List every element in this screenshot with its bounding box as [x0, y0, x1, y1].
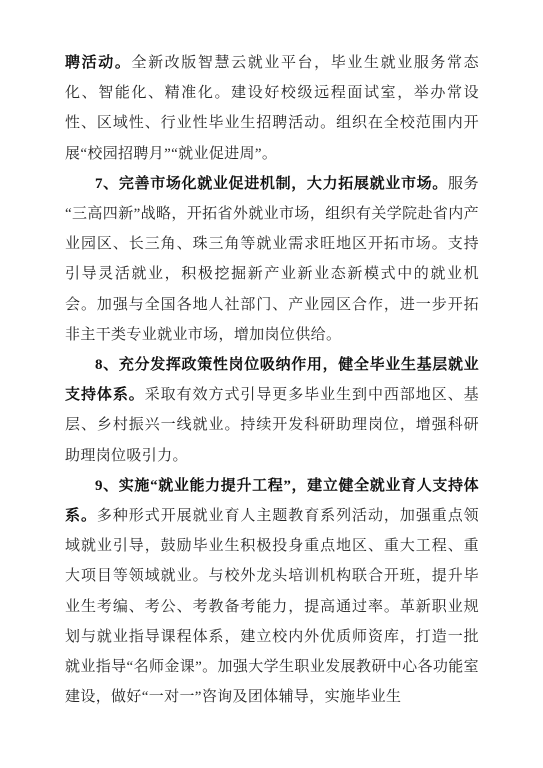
paragraph-heading-text: 聘活动。 [65, 55, 131, 71]
document-page: 聘活动。全新改版智慧云就业平台，毕业生就业服务常态化、智能化、精准化。建设好校级… [0, 0, 543, 768]
paragraph-body-text: 服务“三高四新”战略，开拓省外就业市场，组织有关学院赴省内产业园区、长三角、珠三… [65, 176, 479, 343]
paragraph-heading-text: 7、完善市场化就业促进机制，大力拓展就业市场。 [95, 176, 448, 192]
paragraph: 9、实施“就业能力提升工程”，建立健全就业育人支持体系。多种形式开展就业育人主题… [65, 471, 479, 713]
paragraph: 聘活动。全新改版智慧云就业平台，毕业生就业服务常态化、智能化、精准化。建设好校级… [65, 48, 479, 169]
paragraph: 8、充分发挥政策性岗位吸纳作用，健全毕业生基层就业支持体系。采取有效方式引导更多… [65, 350, 479, 471]
document-body: 聘活动。全新改版智慧云就业平台，毕业生就业服务常态化、智能化、精准化。建设好校级… [65, 48, 479, 712]
paragraph: 7、完善市场化就业促进机制，大力拓展就业市场。服务“三高四新”战略，开拓省外就业… [65, 169, 479, 350]
paragraph-body-text: 多种形式开展就业育人主题教育系列活动，加强重点领域就业引导，鼓励毕业生积极投身重… [65, 508, 479, 705]
